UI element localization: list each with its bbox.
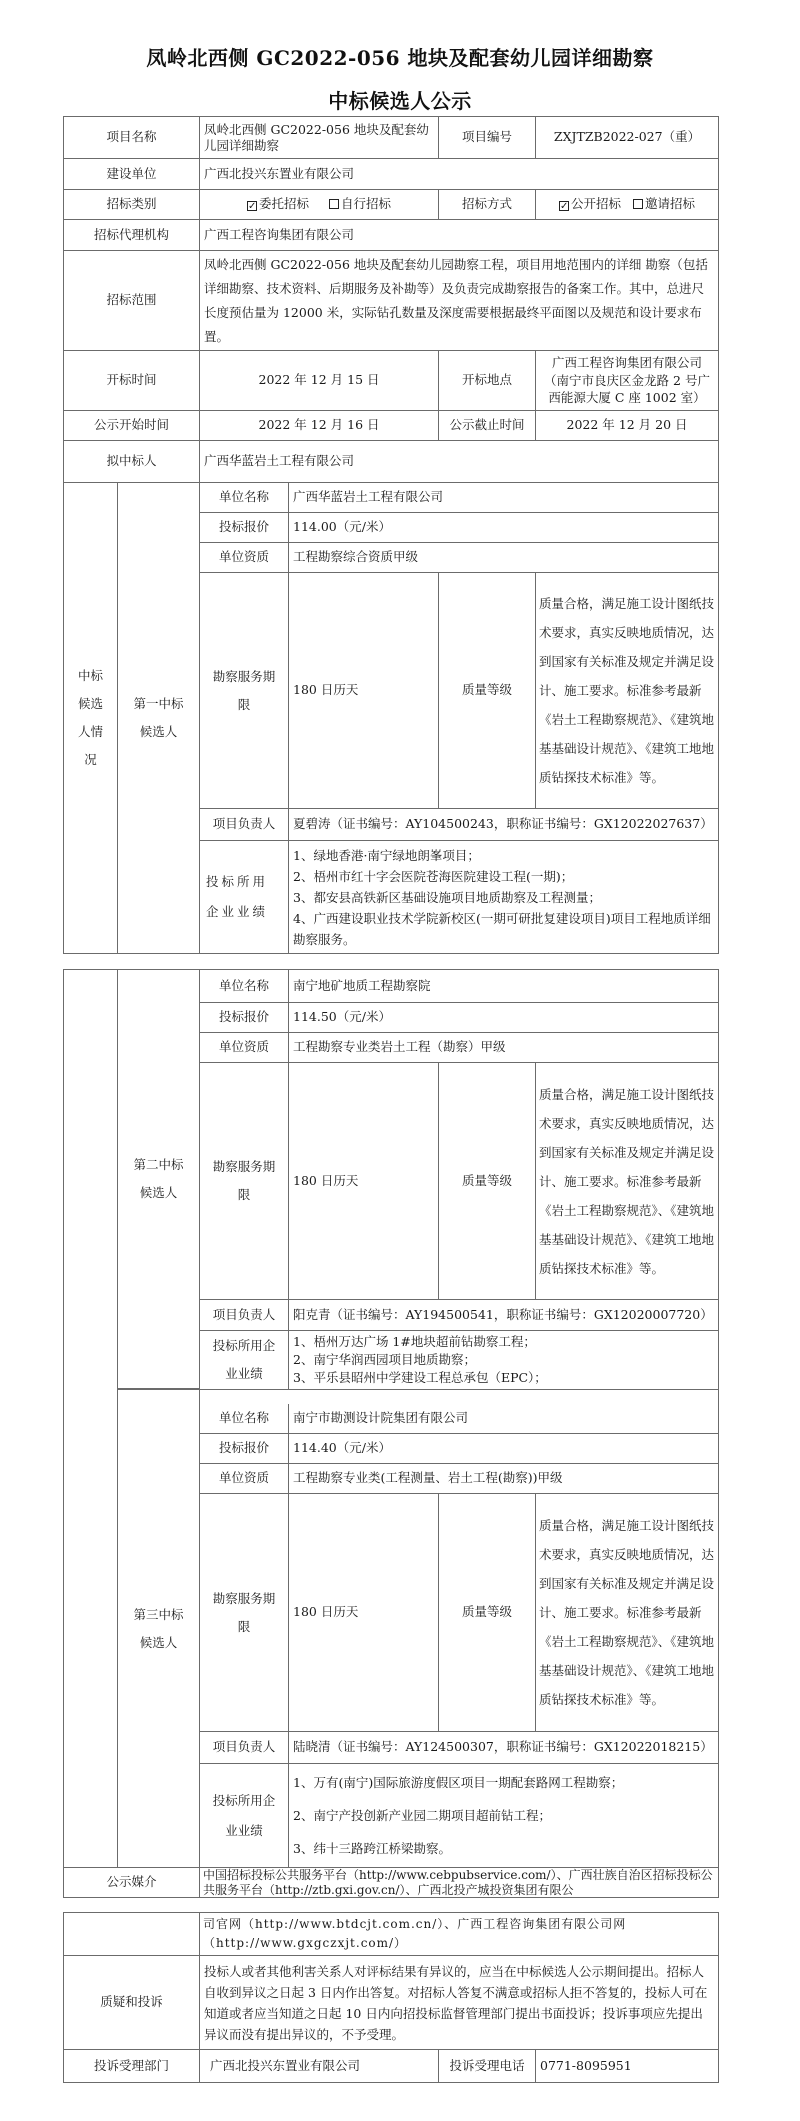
- c3-performance-label: 投标所用企业业绩: [199, 1763, 289, 1868]
- checkbox-unchecked-icon[interactable]: [633, 199, 643, 209]
- objection-label: 质疑和投诉: [63, 1955, 200, 2050]
- performance-item: 4、广西建设职业技术学院新校区(一期可研批复建设项目)项目工程地质详细勘察服务。: [293, 908, 714, 950]
- media-value-part1: 中国招标投标公共服务平台（http://www.cebpubservice.co…: [199, 1867, 719, 1898]
- candidate-1-rank: 第一中标候选人: [117, 482, 200, 954]
- c2-service-period-label: 勘察服务期限: [199, 1062, 289, 1300]
- c3-unit-name-value: 南宁市勘测设计院集团有限公司: [288, 1403, 719, 1434]
- candidate-2-rank: 第二中标候选人: [117, 969, 200, 1389]
- candidate-3-rank: 第三中标候选人: [117, 1389, 200, 1868]
- c2-project-manager-label: 项目负责人: [199, 1299, 289, 1331]
- notice-end-value: 2022 年 12 月 20 日: [535, 410, 719, 441]
- agency-value: 广西工程咨询集团有限公司: [199, 219, 719, 251]
- open-place-value: 广西工程咨询集团有限公司（南宁市良庆区金龙路 2 号广西能源大厦 C 座 100…: [535, 350, 719, 411]
- c3-performance-list: 1、万有(南宁)国际旅游度假区项目一期配套路网工程勘察； 2、南宁产投创新产业园…: [288, 1763, 719, 1868]
- complaint-dept-label: 投诉受理部门: [63, 2049, 200, 2083]
- open-time-value: 2022 年 12 月 15 日: [199, 350, 439, 411]
- method-option-open[interactable]: ✓公开招标: [559, 196, 621, 213]
- c3-bid-price-value: 114.40（元/米）: [288, 1433, 719, 1464]
- c3-unit-name-label: 单位名称: [199, 1403, 289, 1434]
- checkbox-checked-icon[interactable]: ✓: [559, 201, 569, 211]
- notice-start-label: 公示开始时间: [63, 410, 200, 441]
- performance-item: 2、南宁产投创新产业园二期项目超前钻工程；: [293, 1799, 551, 1832]
- c1-service-period-label: 勘察服务期限: [199, 572, 289, 809]
- c3-quality-grade-value: 质量合格，满足施工设计图纸技术要求，真实反映地质情况，达到国家有关标准及规定并满…: [535, 1493, 719, 1732]
- c2-qualification-label: 单位资质: [199, 1032, 289, 1063]
- project-code-value: ZXJTZB2022-027（重）: [535, 116, 719, 159]
- media-value-part2: 司官网（http://www.btdcjt.com.cn/）、广西工程咨询集团有…: [199, 1912, 719, 1956]
- c2-bid-price-label: 投标报价: [199, 1002, 289, 1033]
- category-option-entrusted[interactable]: ✓委托招标: [247, 196, 309, 213]
- project-name-label: 项目名称: [63, 116, 200, 159]
- c2-project-manager-value: 阳克青（证书编号：AY194500541，职称证书编号：GX1202000772…: [288, 1299, 719, 1331]
- c3-service-period-label: 勘察服务期限: [199, 1493, 289, 1732]
- document-title-line2: 中标候选人公示: [0, 85, 800, 114]
- proposed-winner-value: 广西华蓝岩土工程有限公司: [199, 440, 719, 483]
- performance-item: 3、平乐县昭州中学建设工程总承包（EPC）；: [293, 1369, 547, 1387]
- c1-performance-label: 投标所用企业业绩: [199, 840, 289, 954]
- checkbox-unchecked-icon[interactable]: [329, 199, 339, 209]
- c1-bid-price-value: 114.00（元/米）: [288, 512, 719, 543]
- c3-quality-grade-label: 质量等级: [438, 1493, 536, 1732]
- c2-qualification-value: 工程勘察专业类岩土工程（勘察）甲级: [288, 1032, 719, 1063]
- performance-item: 3、都安县高铁新区基础设施项目地质勘察及工程测量；: [293, 887, 601, 908]
- performance-item: 1、万有(南宁)国际旅游度假区项目一期配套路网工程勘察；: [293, 1766, 623, 1799]
- document-title-line1: 凤岭北西侧 GC2022-056 地块及配套幼儿园详细勘察: [0, 42, 800, 71]
- owner-label: 建设单位: [63, 158, 200, 190]
- open-time-label: 开标时间: [63, 350, 200, 411]
- c2-unit-name-value: 南宁地矿地质工程勘察院: [288, 969, 719, 1003]
- c2-service-period-value: 180 日历天: [288, 1062, 439, 1300]
- c2-performance-list: 1、梧州万达广场 1#地块超前钻勘察工程； 2、南宁华润西园项目地质勘察； 3、…: [288, 1330, 719, 1390]
- c3-service-period-value: 180 日历天: [288, 1493, 439, 1732]
- project-code-label: 项目编号: [438, 116, 536, 159]
- method-option-invited[interactable]: 邀请招标: [633, 196, 695, 213]
- performance-item: 2、梧州市红十字会医院苍海医院建设工程(一期)；: [293, 866, 573, 887]
- tender-category-label: 招标类别: [63, 189, 200, 220]
- c3-project-manager-value: 陆晓清（证书编号：AY124500307，职称证书编号：GX1202201821…: [288, 1731, 719, 1764]
- c1-unit-name-value: 广西华蓝岩土工程有限公司: [288, 482, 719, 513]
- scope-label: 招标范围: [63, 250, 200, 351]
- complaint-phone-label: 投诉受理电话: [438, 2049, 536, 2083]
- c3-qualification-label: 单位资质: [199, 1463, 289, 1494]
- performance-item: 1、梧州万达广场 1#地块超前钻勘察工程；: [293, 1333, 536, 1351]
- tender-method-options: ✓公开招标 邀请招标: [535, 189, 719, 220]
- complaint-phone-value: 0771-8095951: [535, 2049, 719, 2083]
- candidates-section-continuation: [63, 969, 118, 1868]
- c2-bid-price-value: 114.50（元/米）: [288, 1002, 719, 1033]
- complaint-dept-value: 广西北投兴东置业有限公司: [199, 2049, 439, 2083]
- c1-performance-list: 1、绿地香港·南宁绿地朗峯项目； 2、梧州市红十字会医院苍海医院建设工程(一期)…: [288, 840, 719, 954]
- scope-value: 凤岭北西侧 GC2022-056 地块及配套幼儿园勘察工程，项目用地范围内的详细…: [199, 250, 719, 351]
- candidates-section-label: 中标候选人情况: [63, 482, 118, 954]
- c1-qualification-label: 单位资质: [199, 542, 289, 573]
- open-place-label: 开标地点: [438, 350, 536, 411]
- checkbox-checked-icon[interactable]: ✓: [247, 201, 257, 211]
- notice-start-value: 2022 年 12 月 16 日: [199, 410, 439, 441]
- media-label: 公示媒介: [63, 1867, 200, 1898]
- performance-item: 3、纬十三路跨江桥梁勘察。: [293, 1832, 451, 1865]
- performance-item: 2、南宁华润西园项目地质勘察；: [293, 1351, 476, 1369]
- c1-unit-name-label: 单位名称: [199, 482, 289, 513]
- c3-bid-price-label: 投标报价: [199, 1433, 289, 1464]
- tender-method-label: 招标方式: [438, 189, 536, 220]
- proposed-winner-label: 拟中标人: [63, 440, 200, 483]
- c3-qualification-value: 工程勘察专业类(工程测量、岩土工程(勘察))甲级: [288, 1463, 719, 1494]
- media-label-continuation: [63, 1912, 200, 1956]
- c3-top-spacer: [199, 1389, 719, 1404]
- c1-service-period-value: 180 日历天: [288, 572, 439, 809]
- c1-project-manager-value: 夏碧涛（证书编号：AY104500243，职称证书编号：GX1202202763…: [288, 808, 719, 841]
- tender-category-options: ✓委托招标 自行招标: [199, 189, 439, 220]
- performance-item: 1、绿地香港·南宁绿地朗峯项目；: [293, 845, 480, 866]
- c2-unit-name-label: 单位名称: [199, 969, 289, 1003]
- project-name-value: 凤岭北西侧 GC2022-056 地块及配套幼儿园详细勘察: [199, 116, 439, 159]
- c2-quality-grade-label: 质量等级: [438, 1062, 536, 1300]
- c3-project-manager-label: 项目负责人: [199, 1731, 289, 1764]
- c2-quality-grade-value: 质量合格，满足施工设计图纸技术要求，真实反映地质情况，达到国家有关标准及规定并满…: [535, 1062, 719, 1300]
- c1-project-manager-label: 项目负责人: [199, 808, 289, 841]
- category-option-self[interactable]: 自行招标: [329, 196, 391, 213]
- owner-value: 广西北投兴东置业有限公司: [199, 158, 719, 190]
- notice-end-label: 公示截止时间: [438, 410, 536, 441]
- agency-label: 招标代理机构: [63, 219, 200, 251]
- c2-performance-label: 投标所用企业业绩: [199, 1330, 289, 1390]
- c1-bid-price-label: 投标报价: [199, 512, 289, 543]
- c1-quality-grade-label: 质量等级: [438, 572, 536, 809]
- c1-quality-grade-value: 质量合格，满足施工设计图纸技术要求，真实反映地质情况，达到国家有关标准及规定并满…: [535, 572, 719, 809]
- objection-value: 投标人或者其他利害关系人对评标结果有异议的，应当在中标候选人公示期间提出。招标人…: [199, 1955, 719, 2050]
- c1-qualification-value: 工程勘察综合资质甲级: [288, 542, 719, 573]
